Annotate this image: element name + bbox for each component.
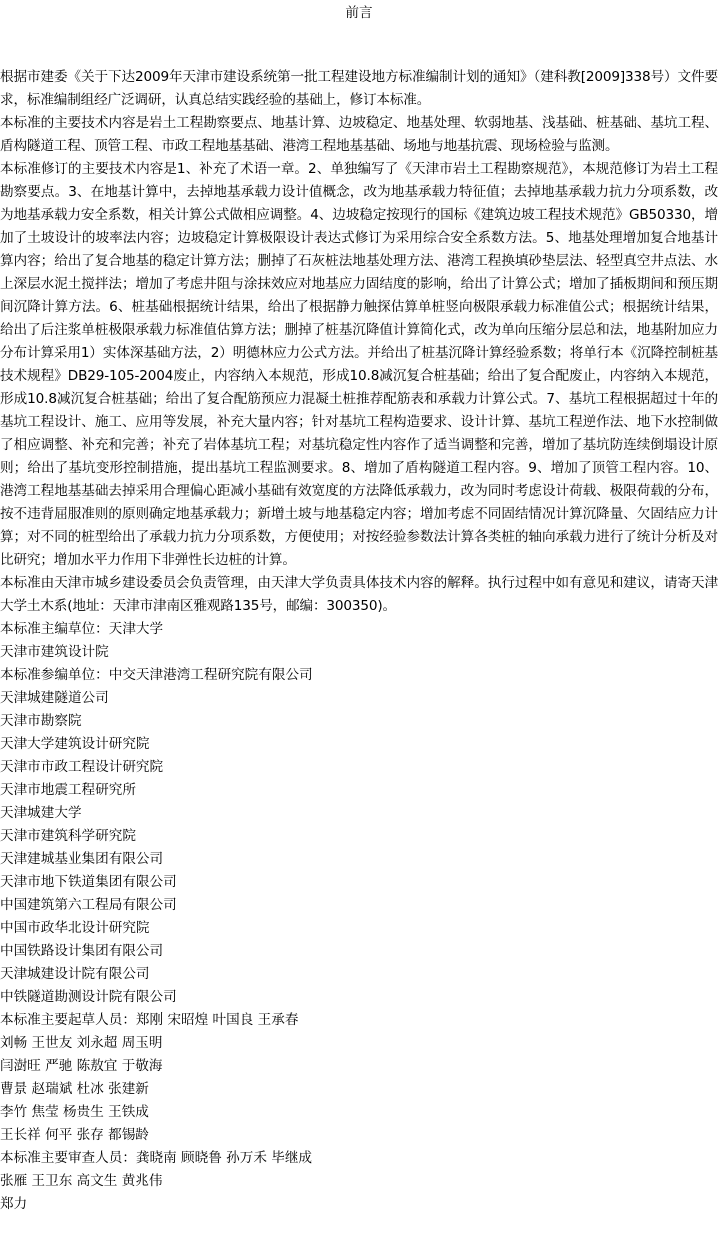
drafters-line: 李竹 焦莹 杨贵生 王铁成 — [0, 1101, 718, 1124]
participating-unit: 天津市市政工程设计研究院 — [0, 756, 718, 779]
reviewers-label: 本标准主要审查人员：龚晓南 顾晓鲁 孙万禾 毕继成 — [0, 1147, 718, 1170]
participating-unit: 天津城建大学 — [0, 802, 718, 825]
drafters-line: 刘畅 王世友 刘永超 周玉明 — [0, 1032, 718, 1055]
paragraph-management: 本标准由天津市城乡建设委员会负责管理，由天津大学负责具体技术内容的解释。执行过程… — [0, 572, 718, 618]
chief-editor-unit-extra: 天津市建筑设计院 — [0, 641, 718, 664]
participating-unit: 天津市勘察院 — [0, 710, 718, 733]
participating-unit: 天津市地震工程研究所 — [0, 779, 718, 802]
participating-unit: 天津市建筑科学研究院 — [0, 825, 718, 848]
document-body: 根据市建委《关于下达2009年天津市建设系统第一批工程建设地方标准编制计划的通知… — [0, 66, 718, 1216]
participating-unit: 天津城建设计院有限公司 — [0, 963, 718, 986]
participating-unit: 天津建城基业集团有限公司 — [0, 848, 718, 871]
participating-unit: 中国建筑第六工程局有限公司 — [0, 894, 718, 917]
participating-unit: 中铁隧道勘测设计院有限公司 — [0, 986, 718, 1009]
document-page: 前言 根据市建委《关于下达2009年天津市建设系统第一批工程建设地方标准编制计划… — [0, 2, 718, 1216]
participating-unit: 天津城建隧道公司 — [0, 687, 718, 710]
drafters-label: 本标准主要起草人员：郑刚 宋昭煌 叶国良 王承春 — [0, 1009, 718, 1032]
reviewers-line: 郑力 — [0, 1193, 718, 1216]
paragraph-revision-content: 本标准修订的主要技术内容是1、补充了术语一章。2、单独编写了《天津市岩土工程勘察… — [0, 158, 718, 572]
paragraph-basis: 根据市建委《关于下达2009年天津市建设系统第一批工程建设地方标准编制计划的通知… — [0, 66, 718, 112]
participating-unit: 中国市政华北设计研究院 — [0, 917, 718, 940]
chief-editor-unit: 本标准主编草位：天津大学 — [0, 618, 718, 641]
drafters-list: 刘畅 王世友 刘永超 周玉明 闫澍旺 严驰 陈敖宜 于敬海 曹景 赵瑞斌 杜冰 … — [0, 1032, 718, 1147]
reviewers-list: 张雁 王卫东 高文生 黄兆伟 郑力 — [0, 1170, 718, 1216]
participating-unit: 中国铁路设计集团有限公司 — [0, 940, 718, 963]
drafters-line: 闫澍旺 严驰 陈敖宜 于敬海 — [0, 1055, 718, 1078]
drafters-line: 曹景 赵瑞斌 杜冰 张建新 — [0, 1078, 718, 1101]
reviewers-line: 张雁 王卫东 高文生 黄兆伟 — [0, 1170, 718, 1193]
participating-units-list: 天津城建隧道公司 天津市勘察院 天津大学建筑设计研究院 天津市市政工程设计研究院… — [0, 687, 718, 1009]
participating-units-label: 本标准参编单位：中交天津港湾工程研究院有限公司 — [0, 664, 718, 687]
paragraph-main-content: 本标准的主要技术内容是岩土工程勘察要点、地基计算、边坡稳定、地基处理、软弱地基、… — [0, 112, 718, 158]
drafters-line: 王长祥 何平 张存 都锡龄 — [0, 1124, 718, 1147]
document-title: 前言 — [0, 2, 718, 25]
participating-unit: 天津市地下铁道集团有限公司 — [0, 871, 718, 894]
participating-unit: 天津大学建筑设计研究院 — [0, 733, 718, 756]
